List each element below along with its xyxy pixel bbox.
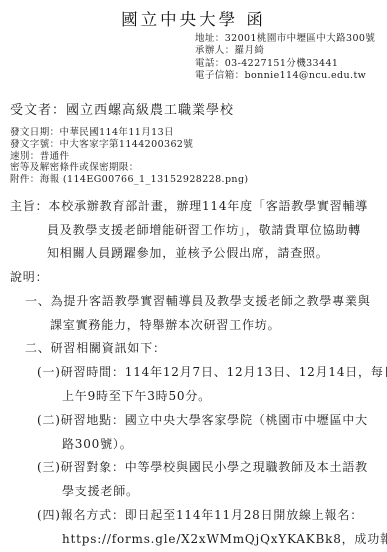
explanation-label: 說明： [10, 266, 387, 290]
subject-line-1: 主旨：本校承辦教育部計畫，辦理114年度「客語教學實習輔導 [10, 195, 387, 219]
subitem-3-line-2: 學支援老師。 [62, 480, 387, 504]
meta-speed: 速別：普通件 [10, 151, 387, 163]
subitem-3-line-1: (三)研習對象：中等學校與國民小學之現職教師及本土語教 [37, 456, 387, 480]
subitem-4-line-1: (四)報名方式：即日起至114年11月28日開放線上報名： [37, 504, 387, 528]
subitem-2-line-1: (二)研習地點：國立中央大學客家學院（桃園市中壢區中大 [37, 409, 387, 433]
item-1-line-1: 一、為提升客語教學實習輔導員及教學支援老師之教學專業與 [25, 290, 387, 314]
subject-line-2: 員及教學支援老師增能研習工作坊」，敬請貴單位協助轉 [47, 219, 387, 243]
meta-attachment: 附件：海報 (114EG00766_1_13152928228.png) [10, 174, 387, 186]
registration-url-line: https://forms.gle/X2xWMmQjQxYKAKBk8，成功報名… [62, 528, 387, 552]
subitem-1-line-2: 上午9時至下午3時50分。 [62, 385, 387, 409]
subitem-2-line-2: 路300號）。 [62, 433, 387, 457]
subitem-1-line-1: (一)研習時間：114年12月7日、12月13日、12月14日，每日 [37, 361, 387, 385]
document-title: 國立中央大學 函 [0, 6, 387, 30]
contact-address: 地址：32001桃園市中壢區中大路300號 [195, 33, 387, 45]
contact-phone: 電話：03-4227151分機33441 [195, 58, 387, 70]
contact-info-block: 地址：32001桃園市中壢區中大路300號 承辦人：羅月綺 電話：03-4227… [195, 33, 387, 82]
item-2-line-1: 二、研習相關資訊如下： [25, 337, 387, 361]
meta-block: 發文日期：中華民國114年11月13日 發文字號：中大客家字第114420036… [10, 127, 387, 186]
contact-person: 承辦人：羅月綺 [195, 45, 387, 57]
item-1-line-2: 課室實務能力，特舉辦本次研習工作坊。 [50, 314, 387, 338]
recipient-line: 受文者：國立西螺高級農工職業學校 [10, 99, 387, 118]
meta-issue-date: 發文日期：中華民國114年11月13日 [10, 127, 387, 139]
official-letter-document: 國立中央大學 函 地址：32001桃園市中壢區中大路300號 承辦人：羅月綺 電… [0, 0, 387, 552]
contact-email: 電子信箱：bonnie114@ncu.edu.tw [195, 70, 387, 82]
subject-line-3: 知相關人員踴躍參加，並核予公假出席，請查照。 [47, 242, 387, 266]
meta-security: 密等及解密條件或保密期限： [10, 162, 387, 174]
letter-body: 主旨：本校承辦教育部計畫，辦理114年度「客語教學實習輔導 員及教學支援老師增能… [0, 195, 387, 552]
meta-issue-number: 發文字號：中大客家字第1144200362號 [10, 139, 387, 151]
